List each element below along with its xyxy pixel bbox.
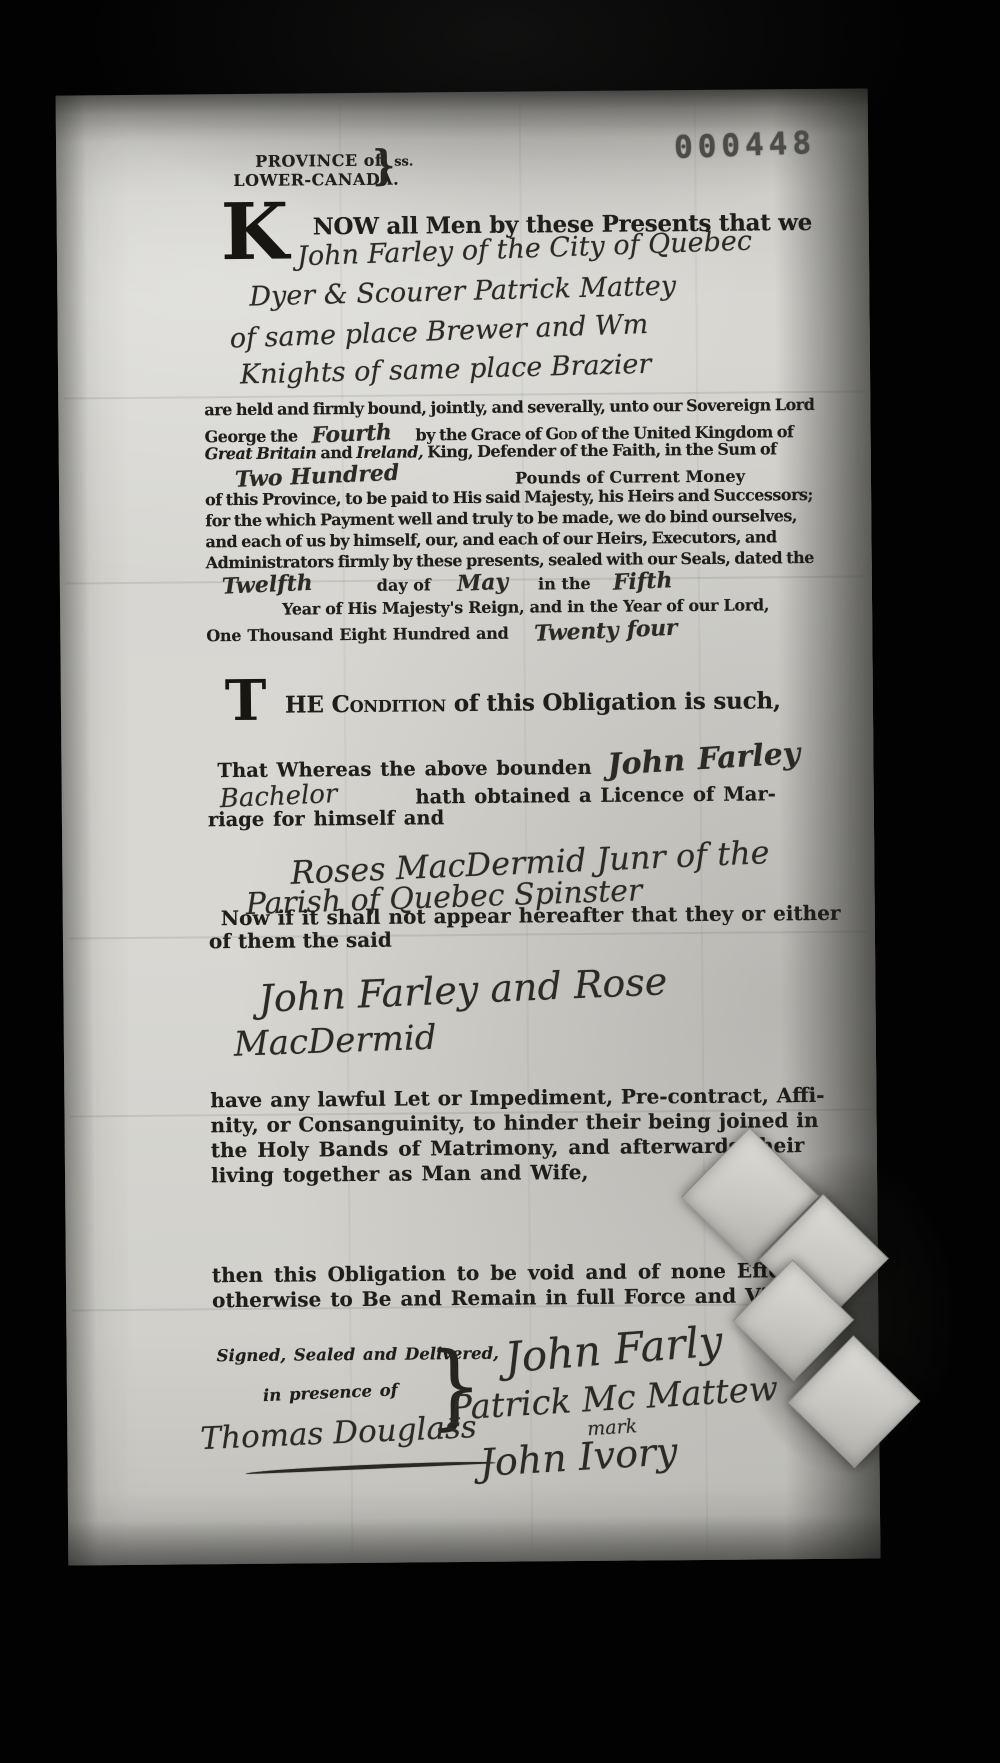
dropcap-k: K	[221, 200, 289, 267]
header-ss-abbrev: ss.	[394, 154, 413, 169]
obligors-handwriting-line4: Knights of same place Brazier	[240, 349, 652, 391]
couple-handwriting-line2: MacDermid	[233, 1018, 437, 1065]
know-lead: NOW	[313, 213, 379, 241]
condition-lead: HE	[285, 691, 332, 718]
bond-l3d: King, Defender of the Faith, in the Sum …	[423, 439, 777, 461]
condition-heading: HE Condition of this Obligation is such,	[285, 687, 781, 718]
obligors-handwriting-line3: of same place Brewer and Wm	[229, 309, 648, 355]
bond-date-line: Twelfthday ofMayin theFifth	[206, 568, 673, 598]
whereas-line3: riage for himself and	[208, 806, 444, 831]
whereas-printed-b: hath obtained a Licence of Mar-	[415, 782, 776, 808]
fold-line	[69, 931, 869, 940]
signature-flourish-underline	[246, 1459, 496, 1474]
dropcap-t: T	[225, 676, 267, 726]
header-brace: }	[372, 141, 396, 190]
couple-handwriting-line1: John Farley and Rose	[258, 959, 668, 1021]
paper-shadow-left	[56, 95, 99, 1565]
condition-smallcaps: Condition	[331, 690, 446, 718]
serial-number-stamp: 000448	[673, 125, 816, 166]
bond-ireland-italic: Ireland,	[356, 442, 423, 462]
bond-l3b: and	[316, 443, 356, 462]
bond-great-britain-italic: Great Britain	[205, 443, 317, 463]
obligors-handwriting-line2: Dyer & Scourer Patrick Mattey	[249, 270, 676, 312]
bond-month-handwriting: May	[456, 569, 508, 597]
bond-line10: Year of His Majesty's Reign, and in the …	[282, 595, 769, 618]
bond-line1: are held and firmly bound, jointly, and …	[204, 395, 814, 419]
bond-reign-year-handwriting: Fifth	[612, 567, 673, 596]
bond-year-handwriting: Twenty four	[534, 615, 678, 647]
bond-line5: of this Province, to be paid to His said…	[205, 485, 813, 509]
groom-name-handwriting: John Farley	[606, 736, 801, 783]
bond-line11: One Thousand Eight Hundred andTwenty fou…	[206, 617, 677, 647]
whereas-printed-a: That Whereas the above bounden	[217, 756, 591, 782]
impediment-paragraph: have any lawful Let or Impediment, Pre-c…	[56, 88, 868, 95]
bond-line6: for the which Payment well and truly to …	[205, 506, 797, 530]
condition-rest: of this Obligation is such,	[446, 687, 781, 717]
bond-paragraph: are held and firmly bound, jointly, and …	[56, 88, 868, 95]
scanned-document-photo: 000448 PROVINCE of LOWER-CANADA. } ss. K…	[0, 0, 1000, 1763]
now-if-line1: Now if it shall not appear hereafter tha…	[221, 901, 841, 930]
impediment-line4: living together as Man and Wife,	[211, 1160, 589, 1187]
bond-l11a: One Thousand Eight Hundred and	[206, 624, 508, 646]
bond-line7: and each of us by himself, our, and each…	[205, 527, 776, 551]
bond-in-the-label: in the	[538, 574, 591, 593]
signature-john-ivory-handwriting: John Ivory	[478, 1429, 678, 1485]
document-page: 000448 PROVINCE of LOWER-CANADA. } ss. K…	[56, 88, 881, 1565]
attestation-line2: in presence of	[263, 1380, 399, 1405]
witness-signature-handwriting: Thomas Douglass	[200, 1409, 478, 1457]
bond-l4b: Pounds of Current Money	[515, 467, 745, 488]
bond-day-of-label: day of	[377, 575, 431, 594]
now-if-line2: of them the said	[209, 928, 392, 954]
bond-day-handwriting: Twelfth	[221, 570, 313, 600]
